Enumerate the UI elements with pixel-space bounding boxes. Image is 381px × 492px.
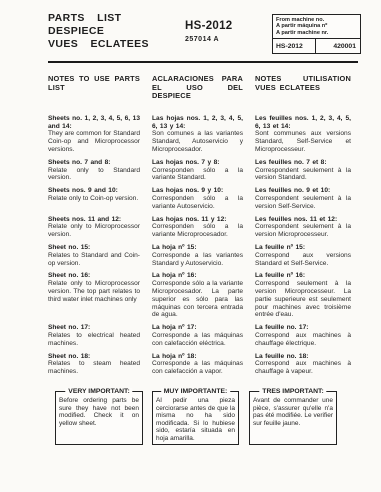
note-heading: Sheet no. 16: — [48, 272, 140, 280]
important-box-es: MUY IMPORTANTE: Al pedir una pieza cerci… — [152, 391, 239, 445]
note-cell: La hoja nº 16:Corresponde sólo a la vari… — [152, 272, 243, 319]
note-heading: La hoja nº 16: — [152, 272, 243, 280]
note-body: Relate only to Microprocessor version. — [48, 223, 140, 239]
note-cell: Las hojas nos. 7 y 8:Corresponden sólo a… — [152, 159, 243, 182]
important-box-fr: TRES IMPORTANT: Avant de commander une p… — [249, 391, 337, 445]
machine-range-box: From machine no. A partir máquina nº A p… — [272, 14, 361, 54]
note-heading: La feuille nº 15: — [255, 244, 351, 252]
note-cell: Sheet no. 16:Relate only to Microprocess… — [48, 272, 140, 319]
note-cell: La feuille nº 16:Correspond seulement à … — [255, 272, 351, 319]
note-cell: Sheets nos. 9 and 10:Relate only to Coin… — [48, 187, 140, 210]
note-heading: Les feuilles no. 9 et 10: — [255, 187, 351, 195]
important-body-en: Before ordering parts be sure they have … — [56, 392, 142, 429]
note-cell: Sheets no. 7 and 8:Relate only to Standa… — [48, 159, 140, 182]
note-heading: Sheets no. 1, 2, 3, 4, 5, 6, 13 and 14: — [48, 115, 140, 131]
document-number: 257014 A — [185, 36, 233, 43]
note-heading: La hoja nº 15: — [152, 244, 243, 252]
note-body: Correspond aux versions Standard et Self… — [255, 252, 351, 268]
note-cell: La feuille no. 17:Correspond aux machine… — [255, 324, 351, 347]
note-cell: La feuille nº 15:Correspond aux versions… — [255, 244, 351, 267]
note-heading: La hoja nº 17: — [152, 324, 243, 332]
note-body: Sont communes aux versions Standard, Sel… — [255, 130, 351, 153]
note-body: Corresponden sólo a la variante Micropro… — [152, 223, 243, 239]
note-body: They are common for Standard Coin-op and… — [48, 130, 140, 153]
note-cell: Las hojas nos. 9 y 10:Corresponden sólo … — [152, 187, 243, 210]
machine-range-model: HS-2012 — [273, 39, 315, 53]
note-body: Relate only to Coin-op version. — [48, 195, 140, 203]
title-line-fr: VUES ECLATEES — [48, 38, 149, 51]
note-body: Relates to electrical heated machines. — [48, 332, 140, 348]
model-number: HS-2012 — [185, 20, 233, 32]
note-heading: Sheets nos. 11 and 12: — [48, 216, 140, 224]
note-cell: Las hojas nos. 1, 2, 3, 4, 5, 6, 13 y 14… — [152, 115, 243, 154]
note-heading: La hoja nº 18: — [152, 353, 243, 361]
note-cell: Las hojas nos. 11 y 12:Corresponden sólo… — [152, 216, 243, 239]
note-body: Correspondent seulement à la version Sta… — [255, 167, 351, 183]
note-cell: La hoja nº 15:Corresponde a las variante… — [152, 244, 243, 267]
header-divider — [48, 61, 358, 63]
note-heading: Sheets nos. 9 and 10: — [48, 187, 140, 195]
note-body: Correspondent seulement à la version Mic… — [255, 223, 351, 239]
note-cell: Les feuilles no. 7 et 8:Correspondent se… — [255, 159, 351, 182]
note-cell: Sheets nos. 11 and 12:Relate only to Mic… — [48, 216, 140, 239]
note-heading: Las hojas nos. 9 y 10: — [152, 187, 243, 195]
note-heading: Les feuilles no. 7 et 8: — [255, 159, 351, 167]
note-heading: Sheet no. 18: — [48, 353, 140, 361]
note-cell: Sheets no. 1, 2, 3, 4, 5, 6, 13 and 14:T… — [48, 115, 140, 154]
note-cell: Sheet no. 18:Relates to steam heated mac… — [48, 353, 140, 376]
note-body: Corresponden sólo a la variante Standard… — [152, 167, 243, 183]
note-heading: Sheets no. 7 and 8: — [48, 159, 140, 167]
important-box-en: VERY IMPORTANT: Before ordering parts be… — [55, 391, 143, 445]
note-heading: La feuille no. 17: — [255, 324, 351, 332]
note-heading: Las hojas nos. 11 y 12: — [152, 216, 243, 224]
note-body: Corresponde a las variantes Standard y A… — [152, 252, 243, 268]
note-body: Relates to Standard and Coin-op version. — [48, 252, 140, 268]
note-body: Corresponde a las máquinas con calefacci… — [152, 332, 243, 348]
column-header-es: ACLARACIONES PARA EL USO DEL DESPIECE — [152, 75, 243, 101]
note-body: Correspond aux machines à chauffage élec… — [255, 332, 351, 348]
note-cell: La hoja nº 17:Corresponde a las máquinas… — [152, 324, 243, 347]
machine-range-values: HS-2012 420001 — [273, 39, 360, 53]
note-body: Corresponden sólo a la variante Autoserv… — [152, 195, 243, 211]
note-cell: Les feuilles no. 9 et 10:Correspondent s… — [255, 187, 351, 210]
note-heading: Sheet no. 15: — [48, 244, 140, 252]
important-body-es: Al pedir una pieza cerciorarse antes de … — [153, 392, 238, 445]
column-header-en: NOTES TO USE PARTS LIST — [48, 75, 140, 101]
note-body: Correspond seulement à la version Microp… — [255, 280, 351, 319]
important-title-es: MUY IMPORTANTE: — [161, 388, 231, 395]
note-cell: Les feuilles nos. 11 et 12:Correspondent… — [255, 216, 351, 239]
important-body-fr: Avant de commander une pièce, s'assurer … — [250, 392, 336, 429]
column-header-fr: NOTES UTILISATION VUES ECLATEES — [255, 75, 351, 101]
note-body: Corresponde sólo a la variante Microproc… — [152, 280, 243, 319]
model-block: HS-2012 257014 A — [185, 20, 233, 43]
note-cell: Sheet no. 17:Relates to electrical heate… — [48, 324, 140, 347]
title-line-en: PARTS LIST — [48, 12, 149, 25]
note-body: Son comunes a las variantes Standard, Au… — [152, 130, 243, 153]
title-line-es: DESPIECE — [48, 25, 149, 38]
note-body: Corresponde a las máquinas con calefacci… — [152, 360, 243, 376]
note-heading: Sheet no. 17: — [48, 324, 140, 332]
note-cell: Les feuilles nos. 1, 2, 3, 4, 5, 6, 13 e… — [255, 115, 351, 154]
note-cell: La hoja nº 18:Corresponde a las máquinas… — [152, 353, 243, 376]
note-heading: Las hojas nos. 1, 2, 3, 4, 5, 6, 13 y 14… — [152, 115, 243, 131]
note-body: Relate only to Standard version. — [48, 167, 140, 183]
important-title-fr: TRES IMPORTANT: — [259, 388, 326, 395]
note-cell: Sheet no. 15:Relates to Standard and Coi… — [48, 244, 140, 267]
note-body: Correspond aux machines à chauffage à va… — [255, 360, 351, 376]
machine-range-labels: From machine no. A partir máquina nº A p… — [273, 15, 360, 39]
notes-grid: NOTES TO USE PARTS LIST ACLARACIONES PAR… — [48, 75, 351, 376]
note-heading: La feuille nº 16: — [255, 272, 351, 280]
note-body: Relate only to Microprocessor version. T… — [48, 280, 140, 303]
note-heading: Las hojas nos. 7 y 8: — [152, 159, 243, 167]
note-body: Relates to steam heated machines. — [48, 360, 140, 376]
page-title: PARTS LIST DESPIECE VUES ECLATEES — [48, 12, 149, 51]
note-cell: La feuille no. 18:Correspond aux machine… — [255, 353, 351, 376]
machine-range-label-fr: A partir machine nr. — [276, 30, 357, 36]
machine-range-serial: 420001 — [315, 39, 360, 53]
parts-list-page: PARTS LIST DESPIECE VUES ECLATEES HS-201… — [0, 0, 381, 492]
note-body: Correspondent seulement à la version Sel… — [255, 195, 351, 211]
important-title-en: VERY IMPORTANT: — [65, 388, 132, 395]
note-heading: Les feuilles nos. 11 et 12: — [255, 216, 351, 224]
note-heading: La feuille no. 18: — [255, 353, 351, 361]
note-heading: Les feuilles nos. 1, 2, 3, 4, 5, 6, 13 e… — [255, 115, 351, 131]
